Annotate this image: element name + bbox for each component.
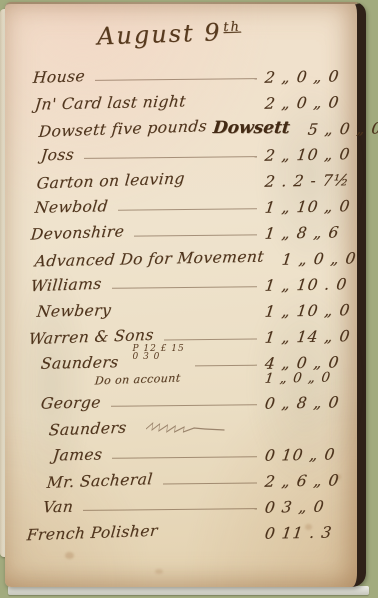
ink-rule-line bbox=[195, 183, 257, 185]
ink-rule-line bbox=[134, 234, 257, 236]
ink-rule-line bbox=[167, 535, 257, 537]
title-ordinal-suffix: th bbox=[223, 19, 241, 35]
ledger-row: Warren & Sons 1 „ 14 „ 0 bbox=[27, 320, 345, 346]
notebook-page: August 9th House 2 „ 0 „ 0 Jn' Card last… bbox=[5, 2, 366, 587]
entry-name: Devonshire bbox=[30, 222, 125, 243]
entry-name: Jn' Card last night bbox=[34, 92, 187, 113]
scribble-strike-icon bbox=[146, 420, 225, 434]
ledger-row: Van 0 3 „ 0 bbox=[27, 490, 345, 516]
ledger-row: Do on account 1 „ 0 „ 0 bbox=[27, 369, 345, 386]
foxing-spot bbox=[155, 569, 163, 574]
ledger-row: House 2 „ 0 „ 0 bbox=[27, 60, 345, 86]
entry-amount: 1 „ 10 „ 0 bbox=[264, 197, 346, 216]
entry-amount: 0 „ 8 „ 0 bbox=[264, 393, 346, 412]
entry-name-rewritten: Dowsett bbox=[212, 118, 291, 138]
ledger-row: Garton on leaving 2 . 2 - 7½ bbox=[27, 164, 345, 190]
ledger-row: Williams 1 „ 10 . 0 bbox=[27, 268, 345, 294]
ink-rule-line bbox=[121, 312, 257, 314]
entry-amount: 1 „ 10 „ 0 bbox=[264, 301, 346, 320]
ledger-row: George 0 „ 8 „ 0 bbox=[27, 386, 345, 412]
ledger-row: Dowsett five pounds Dowsett 5 „ 0 „ 0 bbox=[27, 112, 345, 138]
entry-name: House bbox=[32, 67, 86, 87]
ledger-row: Newbery 1 „ 10 „ 0 bbox=[27, 294, 345, 320]
entry-name: Williams bbox=[30, 275, 102, 295]
entry-name: Newbold bbox=[34, 197, 109, 217]
ledger-row: Jn' Card last night 2 „ 0 „ 0 bbox=[27, 86, 345, 112]
entry-amount: 2 „ 10 „ 0 bbox=[264, 145, 346, 164]
entry-amount: 1 „ 0 „ 0 bbox=[281, 249, 363, 268]
entry-amount: 1 „ 14 „ 0 bbox=[264, 327, 346, 346]
ledger-row: Newbold 1 „ 10 „ 0 bbox=[27, 190, 345, 216]
entry-name: James bbox=[52, 445, 103, 464]
foxing-spot bbox=[65, 552, 74, 559]
ink-rule-line bbox=[95, 78, 257, 81]
ledger-entries: House 2 „ 0 „ 0 Jn' Card last night 2 „ … bbox=[27, 60, 345, 542]
entry-name: Mr. Sacheral bbox=[46, 470, 154, 492]
ink-rule-line bbox=[83, 508, 257, 511]
ink-rule-line bbox=[163, 483, 257, 485]
entry-interlinear-note: P 12 £ 15 0 3 0 bbox=[132, 345, 184, 361]
page-title-date: August 9th bbox=[97, 17, 242, 50]
entry-amount: 0 10 „ 0 bbox=[264, 445, 346, 464]
title-text: August 9 bbox=[97, 18, 222, 50]
ledger-row: French Polisher 0 11 . 3 bbox=[27, 516, 345, 542]
note-line-2: 0 3 0 bbox=[132, 353, 160, 361]
ledger-row: James 0 10 „ 0 bbox=[27, 438, 345, 464]
entry-amount: 1 „ 8 „ 6 bbox=[264, 223, 346, 242]
scanned-ledger-photo: August 9th House 2 „ 0 „ 0 Jn' Card last… bbox=[0, 0, 378, 598]
entry-amount: 1 „ 10 . 0 bbox=[264, 275, 346, 294]
ledger-row: Devonshire 1 „ 8 „ 6 bbox=[27, 216, 345, 242]
ink-rule-line bbox=[190, 379, 257, 381]
ledger-row: Advanced Do for Movement 1 „ 0 „ 0 bbox=[27, 242, 345, 268]
ink-rule-line bbox=[118, 208, 257, 210]
entry-name: Saunders bbox=[48, 419, 127, 440]
entry-amount: 2 „ 0 „ 0 bbox=[264, 67, 346, 86]
ledger-row: Mr. Sacheral 2 „ 6 „ 0 bbox=[27, 464, 345, 490]
ink-rule-line bbox=[112, 456, 257, 459]
ledger-row: Saunders bbox=[27, 412, 345, 438]
ink-rule-line bbox=[196, 105, 257, 107]
entry-amount: 2 . 2 - 7½ bbox=[264, 171, 346, 190]
ink-rule-line bbox=[84, 156, 257, 159]
entry-name: George bbox=[40, 393, 102, 412]
entry-amount: 2 „ 6 „ 0 bbox=[264, 471, 346, 490]
ledger-row: Joss 2 „ 10 „ 0 bbox=[27, 138, 345, 164]
ink-rule-line bbox=[195, 365, 257, 367]
under-page-edge-bottom bbox=[8, 586, 369, 595]
entry-name: Van bbox=[42, 498, 74, 517]
entry-name: French Polisher bbox=[26, 522, 159, 545]
entry-name: Joss bbox=[40, 146, 75, 165]
entry-name: Advanced Do for Movement bbox=[34, 248, 265, 271]
entry-amount: 2 „ 0 „ 0 bbox=[264, 93, 346, 112]
entry-amount: 0 3 „ 0 bbox=[264, 497, 346, 516]
entry-amount: 1 „ 0 „ 0 bbox=[264, 369, 346, 386]
entry-amount: 0 11 . 3 bbox=[264, 523, 346, 542]
entry-amount: 5 „ 0 „ 0 bbox=[306, 119, 378, 138]
ink-rule-line bbox=[164, 339, 257, 341]
ink-rule-line bbox=[111, 404, 257, 407]
ink-rule-line bbox=[112, 286, 257, 289]
entry-name: Newbery bbox=[36, 301, 112, 321]
